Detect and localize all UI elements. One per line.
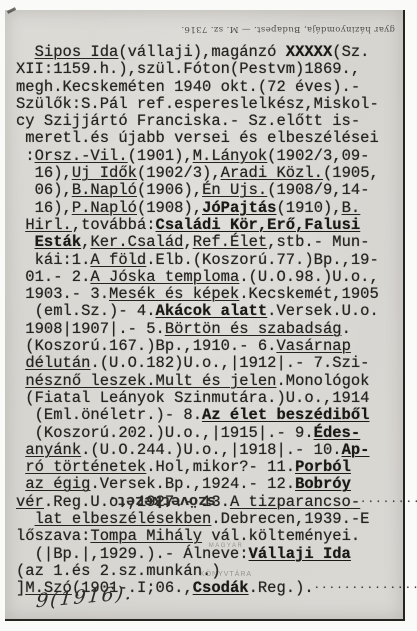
typed-line: délután.(U.O.182)U.o.,|1912|.- 7.Szi- — [16, 355, 417, 372]
typed-line: 1908|1907|.- 5.Börtön és szabadság. — [16, 321, 417, 338]
typed-line: (|Bp.|,1929.).- Álneve:Vállaji Ida — [16, 546, 417, 563]
typed-line: cy Szijjártó Franciska.- Sz.előtt is- — [16, 113, 417, 130]
typed-line: (Eml.önéletr.)- 8.Az élet beszédiből — [16, 407, 417, 424]
typed-line: :Orsz.-Vil.(1901),M.Lányok(1902/3,09- — [16, 148, 417, 165]
typed-line: 16),Uj Idők(1902/3),Aradi Közl.(1905, — [16, 165, 417, 182]
typed-line: lat elbeszélésekben.Debrecen,1939.-E — [16, 511, 417, 528]
typed-line: anyánk.(U.O.244.)U.o.,|1918|.- 10.Ap- — [16, 442, 417, 459]
typed-line: XII:1159.h.),szül.Fóton(Pestvm)1869., — [16, 61, 417, 78]
typed-line: (Fiatal Leányok Szinmutára.)U.o.,1914 — [16, 390, 417, 407]
printer-imprint-upside-down: gyar házinyomdája, Budapest. — M. sz. 73… — [181, 24, 395, 34]
typed-line: Sipos Ida(vállaji),magánzó XXXXX(Sz. — [16, 44, 417, 61]
typed-line: Szülők:S.Pál ref.espereslelkész,Miskol- — [16, 96, 417, 113]
typed-line: (eml.Sz.)- 4.Akácok alatt.Versek.U.o. — [16, 303, 417, 320]
inverted-typed-word: szövetkezet. — [108, 492, 216, 509]
typed-line: ró történetek.Hol,mikor?- 11.Porból — [16, 459, 417, 476]
typed-line: (Koszorú.167.)Bp.,1910.- 6.Vasárnap — [16, 338, 417, 355]
scanned-card-page: { "colors": { "paper": "#d8d6d1", "ink":… — [0, 0, 417, 631]
typed-line: (Koszorú.202.)U.o.,|1915|.- 9.Édes- — [16, 425, 417, 442]
typed-line: vér.Reg.U.o.,1927.- 13.A tizparancso-···… — [16, 494, 417, 511]
typed-line: (az 1.és 2.sz.munkán.) — [16, 563, 417, 580]
typed-line: megh.Kecskeméten 1940 okt.(72 éves).- — [16, 79, 417, 96]
typed-line: meretl.és újabb versei és elbeszélései — [16, 130, 417, 147]
typed-line: lőszava:Tompa Mihály vál.költeményei. — [16, 528, 417, 545]
typed-line: 01.- 2.A Jóska temploma.(U.O.98.)U.o., — [16, 269, 417, 286]
typed-line: nésznő leszek.Mult és jelen.Monológok — [16, 373, 417, 390]
typed-line: Hirl.,továbbá:Családi Kör,Erő,Falusi — [16, 217, 417, 234]
typed-line: 1903.- 3.Mesék és képek.Kecskemét,1905 — [16, 286, 417, 303]
typed-line: 16),P.Napló(1908),JóPajtás(1910),B. — [16, 200, 417, 217]
typed-line: az égig.Versek.Bp.,1924.- 12.Bobróy — [16, 476, 417, 493]
typed-line: 06),B.Napló(1906),Én Ujs.(1908/9,14- — [16, 182, 417, 199]
typed-line: kái:1.A föld.Elb.(Koszorú.77.)Bp.,19- — [16, 252, 417, 269]
typed-line: Esták,Ker.Család,Ref.Élet,stb.- Mun- — [16, 234, 417, 251]
typed-lines: Sipos Ida(vállaji),magánzó XXXXX(Sz.XII:… — [0, 44, 417, 598]
